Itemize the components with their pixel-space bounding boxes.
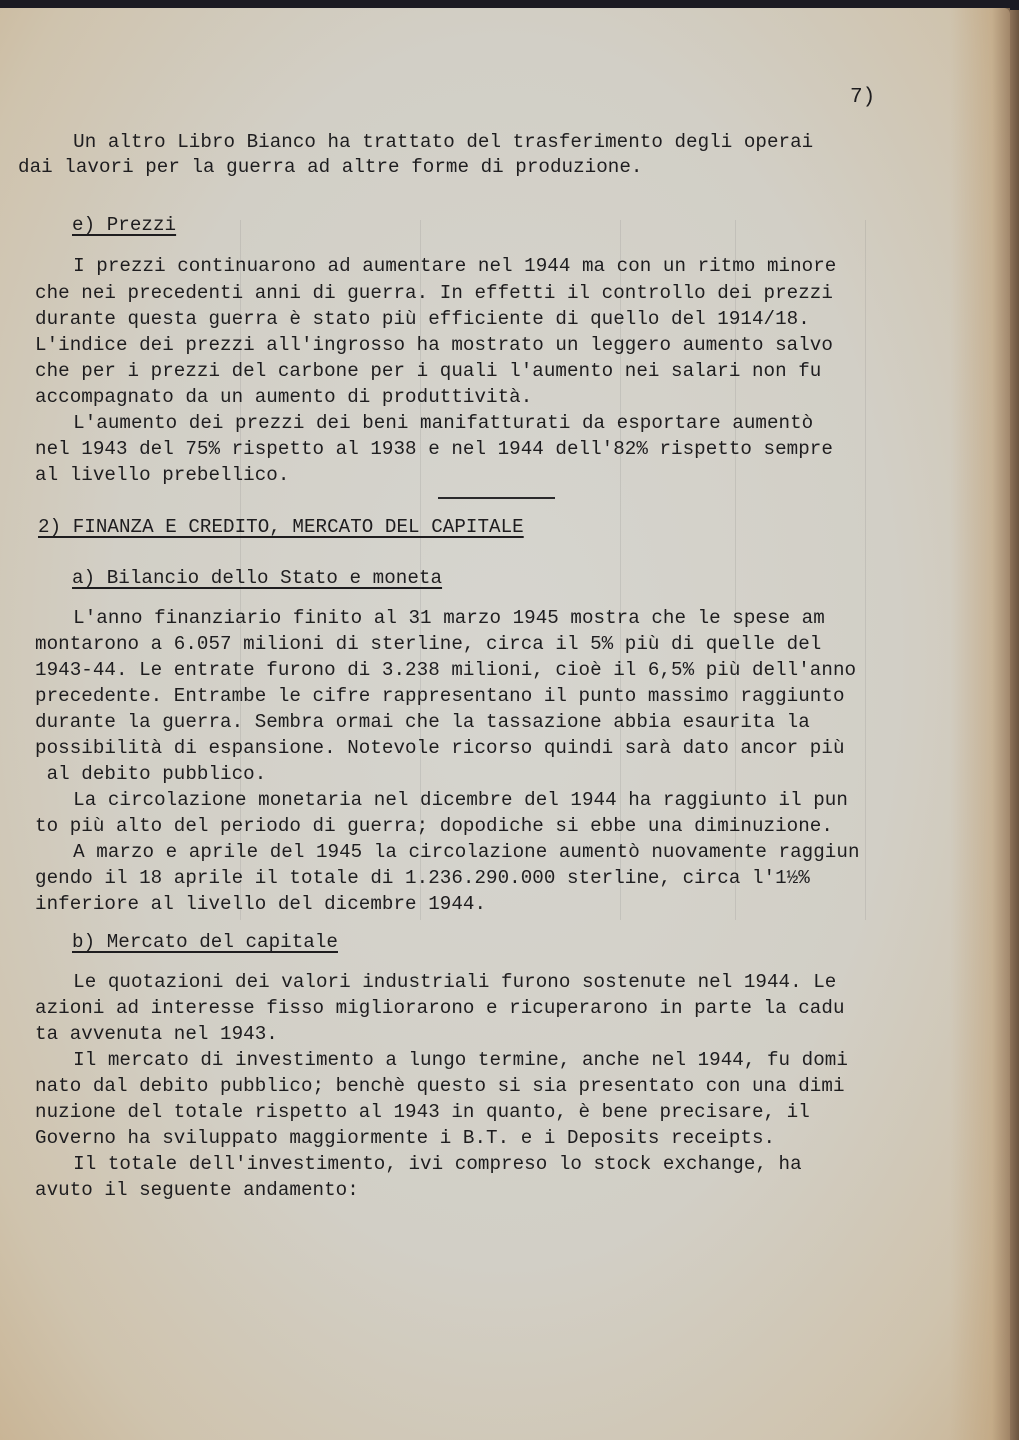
text-line: che nei precedenti anni di guerra. In ef… <box>35 281 833 305</box>
text-line: nuzione del totale rispetto al 1943 in q… <box>35 1100 810 1124</box>
text-line: La circolazione monetaria nel dicembre d… <box>50 788 848 812</box>
text-line: ta avvenuta nel 1943. <box>35 1022 278 1046</box>
text-line: Il mercato di investimento a lungo termi… <box>50 1048 848 1072</box>
text-line: che per i prezzi del carbone per i quali… <box>35 359 821 383</box>
text-line: I prezzi continuarono ad aumentare nel 1… <box>50 254 836 278</box>
text-line: durante la guerra. Sembra ormai che la t… <box>35 710 810 734</box>
text-line: al debito pubblico. <box>35 762 266 786</box>
intro-line: dai lavori per la guerra ad altre forme … <box>18 155 642 179</box>
text-line: durante questa guerra è stato più effici… <box>35 307 810 331</box>
text-line: A marzo e aprile del 1945 la circolazion… <box>50 840 860 864</box>
section-heading-finanza: 2) FINANZA E CREDITO, MERCATO DEL CAPITA… <box>38 515 524 539</box>
text-line: L'anno finanziario finito al 31 marzo 19… <box>50 606 825 630</box>
text-line: Il totale dell'investimento, ivi compres… <box>50 1152 802 1176</box>
text-line: 1943-44. Le entrate furono di 3.238 mili… <box>35 658 856 682</box>
text-line: al livello prebellico. <box>35 463 289 487</box>
text-line: nato dal debito pubblico; benchè questo … <box>35 1074 845 1098</box>
text-line: gendo il 18 aprile il totale di 1.236.29… <box>35 866 810 890</box>
subsection-heading-mercato: b) Mercato del capitale <box>72 930 338 954</box>
text-line: montarono a 6.057 milioni di sterline, c… <box>35 632 821 656</box>
intro-line: Un altro Libro Bianco ha trattato del tr… <box>50 130 813 154</box>
text-line: avuto il seguente andamento: <box>35 1178 359 1202</box>
section-heading-prezzi: e) Prezzi <box>72 213 176 237</box>
text-line: L'aumento dei prezzi dei beni manifattur… <box>50 411 813 435</box>
subsection-heading-bilancio: a) Bilancio dello Stato e moneta <box>72 566 442 590</box>
text-line: azioni ad interesse fisso migliorarono e… <box>35 996 845 1020</box>
text-line: nel 1943 del 75% rispetto al 1938 e nel … <box>35 437 833 461</box>
text-line: inferiore al livello del dicembre 1944. <box>35 892 486 916</box>
text-line: to più alto del periodo di guerra; dopod… <box>35 814 833 838</box>
text-line: Le quotazioni dei valori industriali fur… <box>50 970 836 994</box>
bleed-through-line <box>865 220 866 920</box>
page-number: 7) <box>850 86 875 109</box>
page-edge <box>1010 10 1019 1440</box>
text-line: possibilità di espansione. Notevole rico… <box>35 736 845 760</box>
text-line: accompagnato da un aumento di produttivi… <box>35 385 532 409</box>
text-line: Governo ha sviluppato maggiormente i B.T… <box>35 1126 775 1150</box>
text-line: precedente. Entrambe le cifre rappresent… <box>35 684 845 708</box>
text-line: L'indice dei prezzi all'ingrosso ha most… <box>35 333 833 357</box>
separator-rule <box>438 497 555 499</box>
